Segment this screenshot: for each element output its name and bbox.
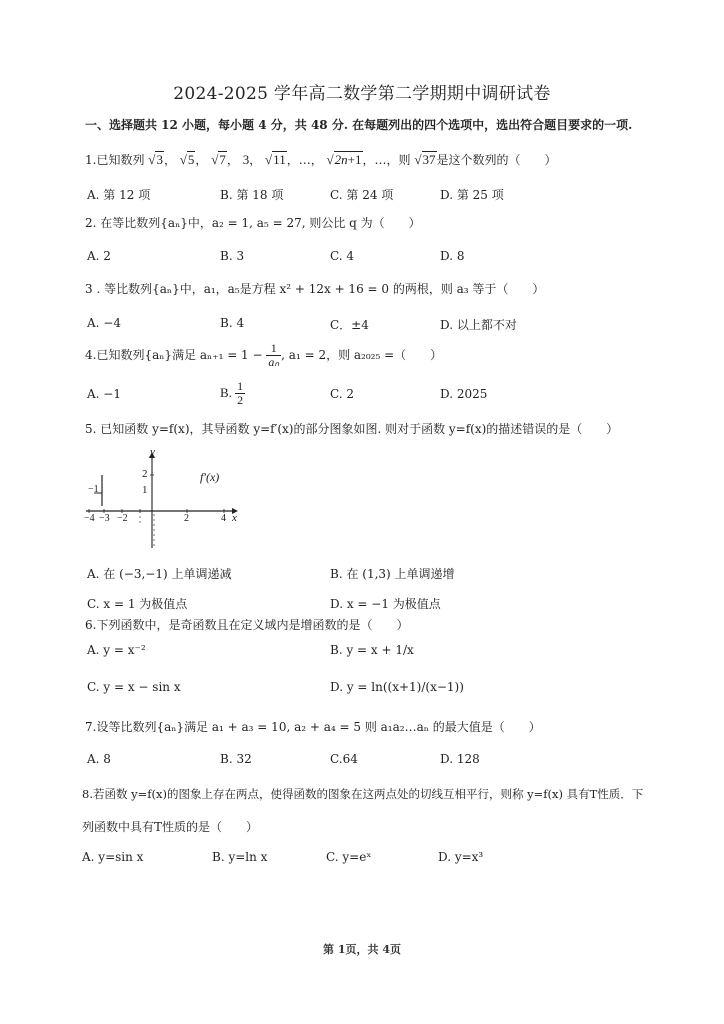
q8-option-c[interactable]: C. y=eˣ bbox=[326, 850, 371, 864]
term: 3 bbox=[243, 152, 250, 167]
q5-option-c[interactable]: C. x = 1 为极值点 bbox=[87, 595, 187, 612]
question-2: 2. 在等比数列{aₙ}中，a₂ = 1, a₅ = 27, 则公比 q 为（ … bbox=[85, 214, 421, 231]
sqrt-term: √5 bbox=[180, 151, 196, 167]
q8-option-a[interactable]: A. y=sin x bbox=[82, 850, 143, 864]
page-footer: 第 1页，共 4页 bbox=[0, 941, 724, 957]
q2-option-d[interactable]: D. 8 bbox=[440, 249, 464, 263]
q2-option-b[interactable]: B. 3 bbox=[220, 249, 244, 263]
q7-option-b[interactable]: B. 32 bbox=[220, 752, 252, 766]
question-8-line1: 8.若函数 y=f(x)的图象上存在两点，使得函数的图象在这两点处的切线互相平行… bbox=[82, 786, 643, 802]
y-tick-2: 2 bbox=[142, 468, 148, 480]
q1-option-a[interactable]: A. 第 12 项 bbox=[87, 186, 150, 203]
question-number: 8. bbox=[82, 787, 93, 801]
question-5: 5. 已知函数 y=f(x)，其导函数 y=f′(x)的部分图象如图. 则对于函… bbox=[85, 420, 618, 437]
question-6: 6.下列函数中，是奇函数且在定义域内是增函数的是（ ） bbox=[85, 616, 408, 633]
q7-option-c[interactable]: C.64 bbox=[330, 752, 358, 766]
question-stem: 是这个数列的（ ） bbox=[437, 153, 557, 167]
q5-option-d[interactable]: D. x = −1 为极值点 bbox=[330, 595, 441, 612]
sqrt-term: √2n+1 bbox=[327, 151, 363, 167]
q7-option-a[interactable]: A. 8 bbox=[87, 752, 111, 766]
question-stem: 若函数 y=f(x)的图象上存在两点，使得函数的图象在这两点处的切线互相平行，则… bbox=[93, 787, 643, 801]
question-number: 3 . bbox=[85, 282, 100, 296]
q6-option-a[interactable]: A. y = x⁻² bbox=[87, 643, 146, 657]
graph-svg bbox=[82, 448, 252, 558]
question-7: 7.设等比数列{aₙ}满足 a₁ + a₃ = 10, a₂ + a₄ = 5 … bbox=[85, 718, 541, 735]
q6-option-b[interactable]: B. y = x + 1/x bbox=[330, 643, 414, 657]
fraction-one-half: 12 bbox=[235, 380, 245, 407]
q8-option-b[interactable]: B. y=ln x bbox=[212, 850, 267, 864]
section-heading: 一、选择题共 12 小题，每小题 4 分，共 48 分. 在每题列出的四个选项中… bbox=[85, 116, 632, 133]
x-tick-4: 4 bbox=[221, 513, 226, 524]
left-marker: −1 bbox=[88, 484, 99, 495]
x-tick-neg2: −2 bbox=[117, 513, 128, 524]
y-tick-1: 1 bbox=[142, 484, 148, 496]
question-stem: , a₁ = 2，则 a₂₀₂₅ =（ ） bbox=[281, 348, 442, 362]
sqrt-term: √11 bbox=[265, 151, 287, 167]
q4-option-b[interactable]: B. 12 bbox=[220, 380, 245, 407]
q4-option-a[interactable]: A. −1 bbox=[87, 387, 121, 401]
question-stem: 已知数列{aₙ}满足 aₙ₊₁ = 1 − bbox=[96, 348, 262, 362]
sqrt-term: √3 bbox=[148, 151, 164, 167]
question-number: 4. bbox=[85, 348, 96, 362]
question-stem: 则 bbox=[399, 153, 411, 167]
q1-option-b[interactable]: B. 第 18 项 bbox=[220, 186, 283, 203]
fprime-label: f′(x) bbox=[200, 470, 219, 485]
derivative-graph-figure: y 2 1 f′(x) −1 −4 −3 −2 2 4 x bbox=[82, 448, 252, 558]
exam-title: 2024-2025 学年高二数学第二学期期中调研试卷 bbox=[0, 79, 724, 104]
question-stem: 已知函数 y=f(x)，其导函数 y=f′(x)的部分图象如图. 则对于函数 y… bbox=[100, 422, 618, 436]
question-8-line2: 列函数中具有T性质的是（ ） bbox=[82, 818, 258, 835]
denominator: aₙ bbox=[266, 356, 281, 369]
q2-option-c[interactable]: C. 4 bbox=[330, 249, 354, 263]
question-number: 6. bbox=[85, 618, 96, 632]
question-stem: 下列函数中，是奇函数且在定义域内是增函数的是（ ） bbox=[96, 618, 408, 632]
question-number: 2. bbox=[85, 216, 96, 230]
q3-option-d[interactable]: D. 以上都不对 bbox=[440, 316, 517, 333]
question-stem: 设等比数列{aₙ}满足 a₁ + a₃ = 10, a₂ + a₄ = 5 则 … bbox=[96, 720, 540, 734]
x-tick-neg4: −4 bbox=[84, 513, 95, 524]
sqrt-term: √37 bbox=[414, 151, 436, 167]
q5-option-b[interactable]: B. 在 (1,3) 上单调递增 bbox=[330, 565, 455, 582]
question-4: 4.已知数列{aₙ}满足 aₙ₊₁ = 1 − 1aₙ, a₁ = 2，则 a₂… bbox=[85, 342, 442, 369]
q7-option-d[interactable]: D. 128 bbox=[440, 752, 480, 766]
x-axis-label: x bbox=[232, 512, 237, 524]
question-1: 1.已知数列 √3， √5， √7， 3， √11，…， √2n+1，…，则 √… bbox=[85, 151, 557, 168]
q1-option-d[interactable]: D. 第 25 项 bbox=[440, 186, 504, 203]
question-number: 7. bbox=[85, 720, 96, 734]
y-axis-label: y bbox=[150, 446, 155, 458]
q8-option-d[interactable]: D. y=x³ bbox=[438, 850, 483, 864]
q1-option-c[interactable]: C. 第 24 项 bbox=[330, 186, 393, 203]
q3-option-c[interactable]: C．±4 bbox=[330, 316, 369, 333]
question-3: 3 . 等比数列{aₙ}中，a₁，a₅是方程 x² + 12x + 16 = 0… bbox=[85, 280, 544, 297]
numerator: 1 bbox=[266, 342, 281, 356]
q2-option-a[interactable]: A. 2 bbox=[87, 249, 111, 263]
question-stem: 等比数列{aₙ}中，a₁，a₅是方程 x² + 12x + 16 = 0 的两根… bbox=[104, 282, 544, 296]
x-tick-neg3: −3 bbox=[99, 513, 110, 524]
q4-option-d[interactable]: D. 2025 bbox=[440, 387, 487, 401]
q5-option-a[interactable]: A. 在 (−3,−1) 上单调递减 bbox=[87, 565, 231, 582]
sqrt-term: √7 bbox=[211, 151, 227, 167]
question-stem: 已知数列 bbox=[96, 153, 144, 167]
fraction: 1aₙ bbox=[266, 342, 281, 369]
q4-option-c[interactable]: C. 2 bbox=[330, 387, 354, 401]
q6-option-c[interactable]: C. y = x − sin x bbox=[87, 680, 181, 694]
question-number: 1. bbox=[85, 153, 96, 167]
q6-option-d[interactable]: D. y = ln((x+1)/(x−1)) bbox=[330, 680, 464, 694]
question-number: 5. bbox=[85, 422, 96, 436]
q3-option-b[interactable]: B. 4 bbox=[220, 316, 244, 330]
q3-option-a[interactable]: A. −4 bbox=[87, 316, 121, 330]
question-stem: 在等比数列{aₙ}中，a₂ = 1, a₅ = 27, 则公比 q 为（ ） bbox=[100, 216, 420, 230]
x-tick-2: 2 bbox=[184, 513, 189, 524]
